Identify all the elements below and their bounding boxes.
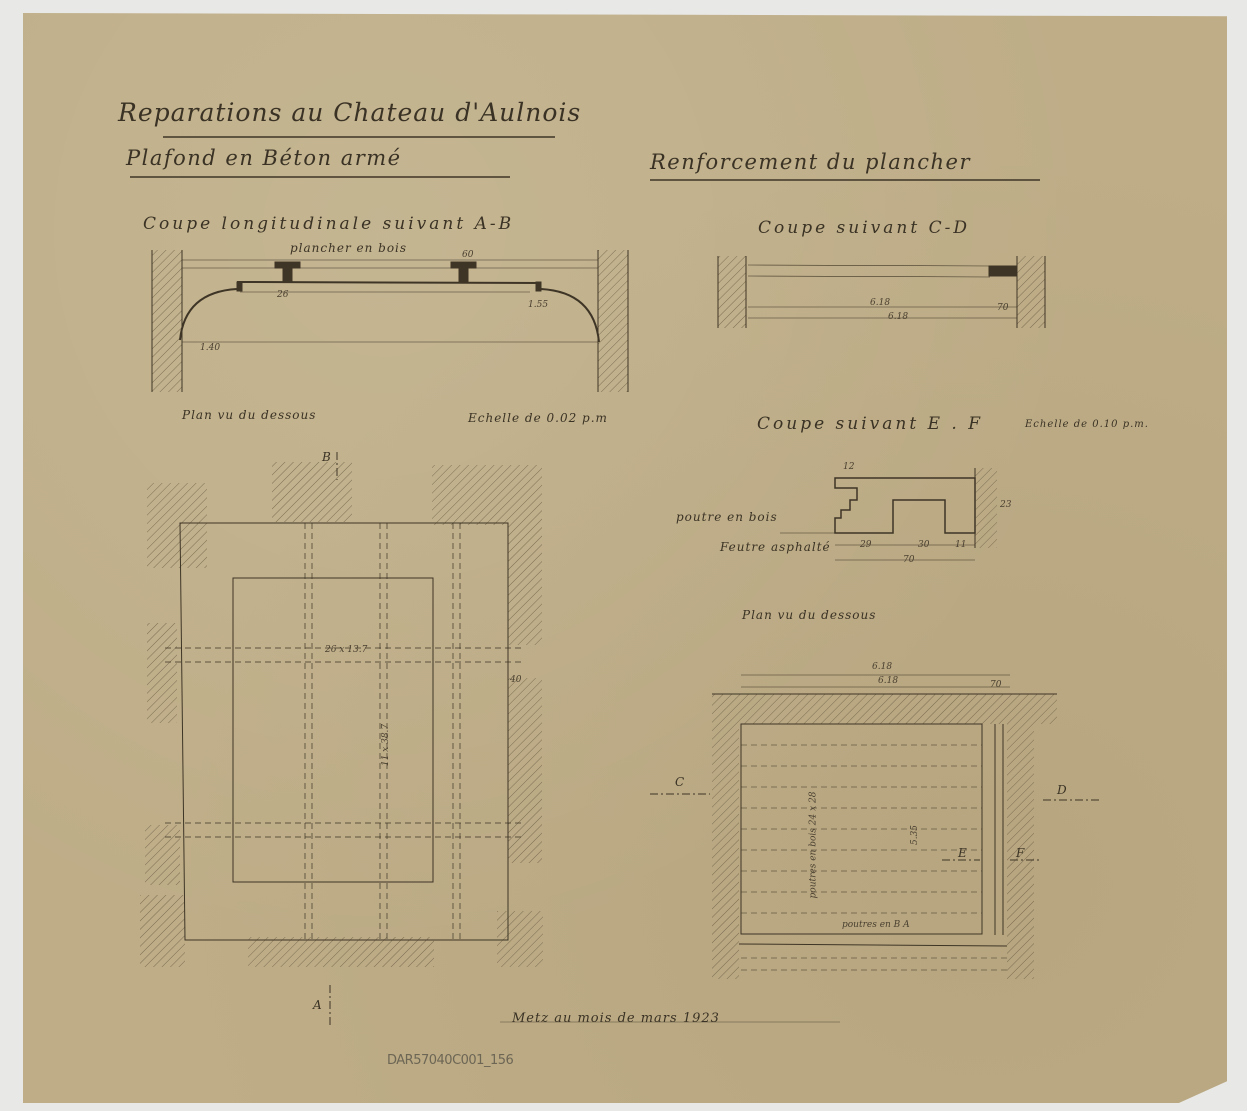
ef-dim-c: 11 <box>955 540 966 550</box>
dim-beam-top: 60 <box>462 250 473 260</box>
marker-b: B <box>322 450 332 464</box>
cd-dim-wall: 70 <box>997 303 1008 313</box>
cd-dim-overall-2: 6.18 <box>888 312 908 322</box>
left-plan-scale: Echelle de 0.02 p.m <box>468 411 608 425</box>
marker-a: A <box>313 998 323 1012</box>
right-plan-drawing <box>650 675 1100 979</box>
dim-vertical-beam: 11 x 38.7 <box>381 724 391 766</box>
section-cd-title: Coupe suivant C-D <box>758 218 970 238</box>
dim-beam-width: 26 <box>277 290 288 300</box>
footer-place-date: Metz au mois de mars 1923 <box>512 1011 720 1026</box>
subtitle-left: Plafond en Béton armé <box>126 146 402 170</box>
rp-dim-overall-1: 6.18 <box>872 662 892 672</box>
cd-dim-overall-1: 6.18 <box>870 298 890 308</box>
section-ab-title: Coupe longitudinale suivant A-B <box>143 214 514 234</box>
document-title: Reparations au Chateau d'Aulnois <box>118 98 581 127</box>
section-ab-drawing <box>152 250 628 392</box>
ef-dim-b: 30 <box>918 540 929 550</box>
dim-rise: 1.55 <box>528 300 548 310</box>
section-ab-floor-label: plancher en bois <box>290 241 407 255</box>
dim-span-left: 1.40 <box>200 343 220 353</box>
left-plan-drawing <box>140 452 543 1025</box>
section-cd-drawing <box>718 256 1045 328</box>
ef-dim-height: 23 <box>1000 500 1011 510</box>
dim-horizontal-beam: 26 x 13.7 <box>325 645 367 655</box>
ef-dim-top: 12 <box>843 462 854 472</box>
section-ef-title: Coupe suivant E . F <box>757 414 983 434</box>
ef-dim-a: 29 <box>860 540 871 550</box>
marker-c: C <box>675 775 685 789</box>
ef-dim-total: 70 <box>903 555 914 565</box>
rp-label-beams-ba: poutres en B A <box>842 920 910 930</box>
marker-f: F <box>1016 846 1025 860</box>
rp-dim-span: 5.35 <box>910 825 920 845</box>
section-ef-scale: Echelle de 0.10 p.m. <box>1025 419 1149 430</box>
ef-label-felt: Feutre asphalté <box>720 540 831 554</box>
dim-right-wall: 40 <box>510 675 521 685</box>
marker-d: D <box>1057 783 1068 797</box>
rp-label-beams-wood: poutres en bois 24 x 28 <box>808 792 818 899</box>
subtitle-right: Renforcement du plancher <box>650 150 971 174</box>
ef-label-beam: poutre en bois <box>676 510 778 524</box>
right-plan-title: Plan vu du dessous <box>742 608 876 622</box>
rp-dim-overall-2: 6.18 <box>878 676 898 686</box>
left-plan-title: Plan vu du dessous <box>182 408 316 422</box>
marker-e: E <box>958 846 968 860</box>
archive-stamp: DAR57040C001_156 <box>387 1053 513 1068</box>
rp-dim-wall: 70 <box>990 680 1001 690</box>
